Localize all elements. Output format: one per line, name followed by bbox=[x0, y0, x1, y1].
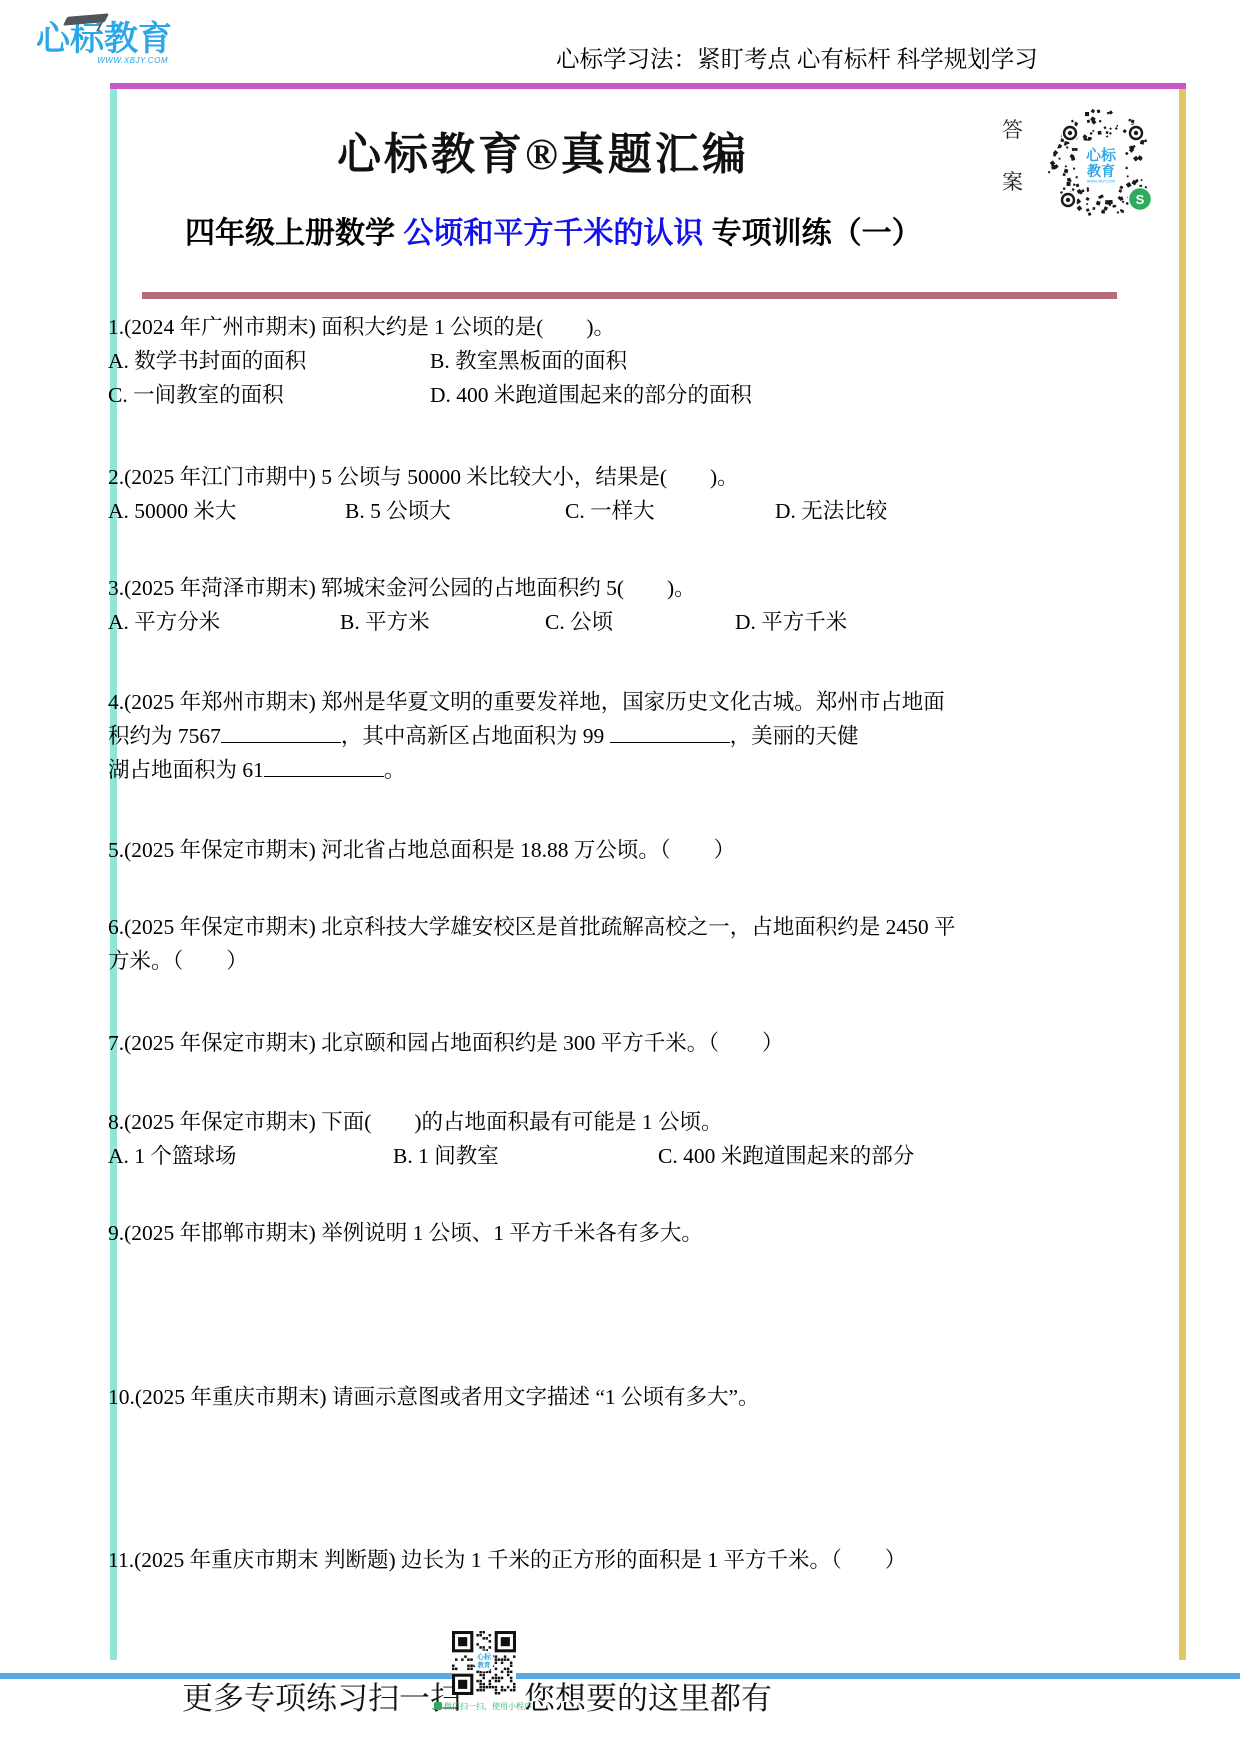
footer-text-right: 您想要的这里都有 bbox=[524, 1682, 772, 1716]
question-text: 4.(2025 年郑州市期末) 郑州是华夏文明的重要发祥地，国家历史文化古城。郑… bbox=[108, 690, 945, 714]
question-7-line-1: 7.(2025 年保定市期末) 北京颐和园占地面积约是 300 平方千米。（ ） bbox=[108, 1026, 1188, 1060]
svg-text:心标: 心标 bbox=[477, 1652, 492, 1661]
question-1-line-1: 1.(2024 年广州市期末) 面积大约是 1 公顷的是( )。 bbox=[108, 310, 1188, 344]
question-3-line-2: A. 平方分米B. 平方米C. 公顷D. 平方千米 bbox=[108, 605, 1188, 639]
header-slogan: 心标学习法：紧盯考点 心有标杆 科学规划学习 bbox=[556, 40, 1038, 74]
question-2-line-2: A. 50000 米大B. 5 公顷大C. 一样大D. 无法比较 bbox=[108, 494, 1188, 528]
answer-char-1: 答 bbox=[1002, 114, 1023, 144]
question-6: 6.(2025 年保定市期末) 北京科技大学雄安校区是首批疏解高校之一，占地面积… bbox=[108, 910, 1188, 978]
worksheet-subtitle: 四年级上册数学 公顷和平方千米的认识 专项训练（一） bbox=[185, 216, 922, 252]
question-2-line-1: 2.(2025 年江门市期中) 5 公顷与 50000 米比较大小，结果是( )… bbox=[108, 460, 1188, 494]
question-4-line-1: 4.(2025 年郑州市期末) 郑州是华夏文明的重要发祥地，国家历史文化古城。郑… bbox=[108, 685, 1188, 719]
question-text: 湖占地面积为 61 bbox=[108, 758, 264, 782]
question-8-line-2: A. 1 个篮球场B. 1 间教室C. 400 米跑道围起来的部分 bbox=[108, 1139, 1188, 1173]
question-text: 10.(2025 年重庆市期末) 请画示意图或者用文字描述 “1 公顷有多大”。 bbox=[108, 1385, 760, 1409]
question-9: 9.(2025 年邯郸市期末) 举例说明 1 公顷、1 平方千米各有多大。 bbox=[108, 1216, 1188, 1250]
question-5: 5.(2025 年保定市期末) 河北省占地总面积是 18.88 万公顷。（ ） bbox=[108, 833, 1188, 867]
svg-text:WWW.XBJY.COM: WWW.XBJY.COM bbox=[1087, 180, 1115, 184]
wechat-icon bbox=[434, 1702, 442, 1710]
answer-blank bbox=[221, 742, 341, 743]
page-title: 心标教育®真题汇编 bbox=[148, 128, 938, 182]
question-text: ，美丽的天健 bbox=[730, 724, 859, 748]
question-5-line-1: 5.(2025 年保定市期末) 河北省占地总面积是 18.88 万公顷。（ ） bbox=[108, 833, 1188, 867]
question-11-line-1: 11.(2025 年重庆市期末 判断题) 边长为 1 千米的正方形的面积是 1 … bbox=[108, 1543, 1188, 1577]
square-qr-image: 心标教育 bbox=[452, 1631, 516, 1695]
question-text: 。 bbox=[384, 758, 406, 782]
subtitle-prefix: 四年级上册数学 bbox=[185, 217, 403, 250]
option-B: B. 5 公顷大 bbox=[345, 494, 451, 528]
question-text: 方米。（ ） bbox=[108, 949, 248, 973]
question-text: 3.(2025 年菏泽市期末) 郓城宋金河公园的占地面积约 5( )。 bbox=[108, 576, 696, 600]
option-D: D. 无法比较 bbox=[775, 494, 887, 528]
question-4: 4.(2025 年郑州市期末) 郑州是华夏文明的重要发祥地，国家历史文化古城。郑… bbox=[108, 685, 1188, 787]
option-B: B. 教室黑板面的面积 bbox=[430, 344, 627, 378]
answer-char-2: 案 bbox=[1002, 166, 1023, 196]
question-8: 8.(2025 年保定市期末) 下面( )的占地面积最有可能是 1 公顷。A. … bbox=[108, 1105, 1188, 1173]
answer-blank bbox=[610, 742, 730, 743]
qr-caption-row: 微信扫一扫，使用小程序 bbox=[434, 1701, 516, 1712]
answer-blank bbox=[264, 776, 384, 777]
qr-caption-text: 微信扫一扫，使用小程序 bbox=[444, 1702, 532, 1711]
question-1-line-2: A. 数学书封面的面积B. 教室黑板面的面积 bbox=[108, 344, 1188, 378]
question-9-line-1: 9.(2025 年邯郸市期末) 举例说明 1 公顷、1 平方千米各有多大。 bbox=[108, 1216, 1188, 1250]
option-C: C. 一样大 bbox=[565, 494, 655, 528]
answer-label: 答 案 bbox=[1002, 114, 1023, 196]
option-C: C. 一间教室的面积 bbox=[108, 378, 284, 412]
question-1: 1.(2024 年广州市期末) 面积大约是 1 公顷的是( )。A. 数学书封面… bbox=[108, 310, 1188, 412]
question-text: ，其中高新区占地面积为 99 bbox=[341, 724, 610, 748]
brand-logo: 心标教育 WWW.XBJY.COM bbox=[36, 20, 176, 65]
header-rule bbox=[110, 83, 1186, 89]
svg-text:教育: 教育 bbox=[1086, 163, 1115, 179]
question-text: 1.(2024 年广州市期末) 面积大约是 1 公顷的是( )。 bbox=[108, 315, 615, 339]
question-6-line-2: 方米。（ ） bbox=[108, 944, 1188, 978]
question-3-line-1: 3.(2025 年菏泽市期末) 郓城宋金河公园的占地面积约 5( )。 bbox=[108, 571, 1188, 605]
option-C: C. 400 米跑道围起来的部分 bbox=[658, 1139, 914, 1173]
answer-qr-code: 心标教育WWW.XBJY.COMS bbox=[1046, 108, 1156, 218]
option-B: B. 1 间教室 bbox=[393, 1139, 499, 1173]
question-7: 7.(2025 年保定市期末) 北京颐和园占地面积约是 300 平方千米。（ ） bbox=[108, 1026, 1188, 1060]
subtitle-topic: 公顷和平方千米的认识 bbox=[403, 217, 703, 250]
svg-text:教育: 教育 bbox=[478, 1660, 492, 1669]
question-text: 7.(2025 年保定市期末) 北京颐和园占地面积约是 300 平方千米。（ ） bbox=[108, 1031, 783, 1055]
question-text: 8.(2025 年保定市期末) 下面( )的占地面积最有可能是 1 公顷。 bbox=[108, 1110, 723, 1134]
question-6-line-1: 6.(2025 年保定市期末) 北京科技大学雄安校区是首批疏解高校之一，占地面积… bbox=[108, 910, 1188, 944]
option-A: A. 50000 米大 bbox=[108, 494, 236, 528]
question-4-line-2: 积约为 7567，其中高新区占地面积为 99 ，美丽的天健 bbox=[108, 719, 1188, 753]
option-D: D. 平方千米 bbox=[735, 605, 847, 639]
footer-rule bbox=[0, 1673, 1240, 1679]
svg-text:心标: 心标 bbox=[1086, 146, 1117, 164]
option-B: B. 平方米 bbox=[340, 605, 430, 639]
subtitle-suffix: 专项训练（一） bbox=[703, 217, 921, 250]
question-text: 2.(2025 年江门市期中) 5 公顷与 50000 米比较大小，结果是( )… bbox=[108, 465, 739, 489]
option-D: D. 400 米跑道围起来的部分的面积 bbox=[430, 378, 752, 412]
option-A: A. 1 个篮球场 bbox=[108, 1139, 236, 1173]
footer-qr-code: 心标教育 微信扫一扫，使用小程序 bbox=[452, 1631, 516, 1712]
question-text: 积约为 7567 bbox=[108, 724, 221, 748]
option-A: A. 平方分米 bbox=[108, 605, 220, 639]
question-2: 2.(2025 年江门市期中) 5 公顷与 50000 米比较大小，结果是( )… bbox=[108, 460, 1188, 528]
question-text: 5.(2025 年保定市期末) 河北省占地总面积是 18.88 万公顷。（ ） bbox=[108, 838, 735, 862]
question-10-line-1: 10.(2025 年重庆市期末) 请画示意图或者用文字描述 “1 公顷有多大”。 bbox=[108, 1380, 1188, 1414]
question-text: 6.(2025 年保定市期末) 北京科技大学雄安校区是首批疏解高校之一，占地面积… bbox=[108, 915, 955, 939]
question-4-line-3: 湖占地面积为 61。 bbox=[108, 753, 1188, 787]
question-10: 10.(2025 年重庆市期末) 请画示意图或者用文字描述 “1 公顷有多大”。 bbox=[108, 1380, 1188, 1414]
question-text: 9.(2025 年邯郸市期末) 举例说明 1 公顷、1 平方千米各有多大。 bbox=[108, 1221, 703, 1245]
question-3: 3.(2025 年菏泽市期末) 郓城宋金河公园的占地面积约 5( )。A. 平方… bbox=[108, 571, 1188, 639]
question-text: 11.(2025 年重庆市期末 判断题) 边长为 1 千米的正方形的面积是 1 … bbox=[108, 1548, 906, 1572]
question-8-line-1: 8.(2025 年保定市期末) 下面( )的占地面积最有可能是 1 公顷。 bbox=[108, 1105, 1188, 1139]
question-1-line-3: C. 一间教室的面积D. 400 米跑道围起来的部分的面积 bbox=[108, 378, 1188, 412]
question-11: 11.(2025 年重庆市期末 判断题) 边长为 1 千米的正方形的面积是 1 … bbox=[108, 1543, 1188, 1577]
circular-qr-image: 心标教育WWW.XBJY.COMS bbox=[1046, 108, 1156, 218]
brand-logo-text: 心标教育 bbox=[36, 20, 176, 58]
option-C: C. 公顷 bbox=[545, 605, 613, 639]
footer-text-left: 更多专项练习扫一扫 bbox=[182, 1682, 461, 1716]
section-divider bbox=[142, 292, 1117, 299]
option-A: A. 数学书封面的面积 bbox=[108, 344, 306, 378]
svg-text:S: S bbox=[1136, 192, 1145, 207]
